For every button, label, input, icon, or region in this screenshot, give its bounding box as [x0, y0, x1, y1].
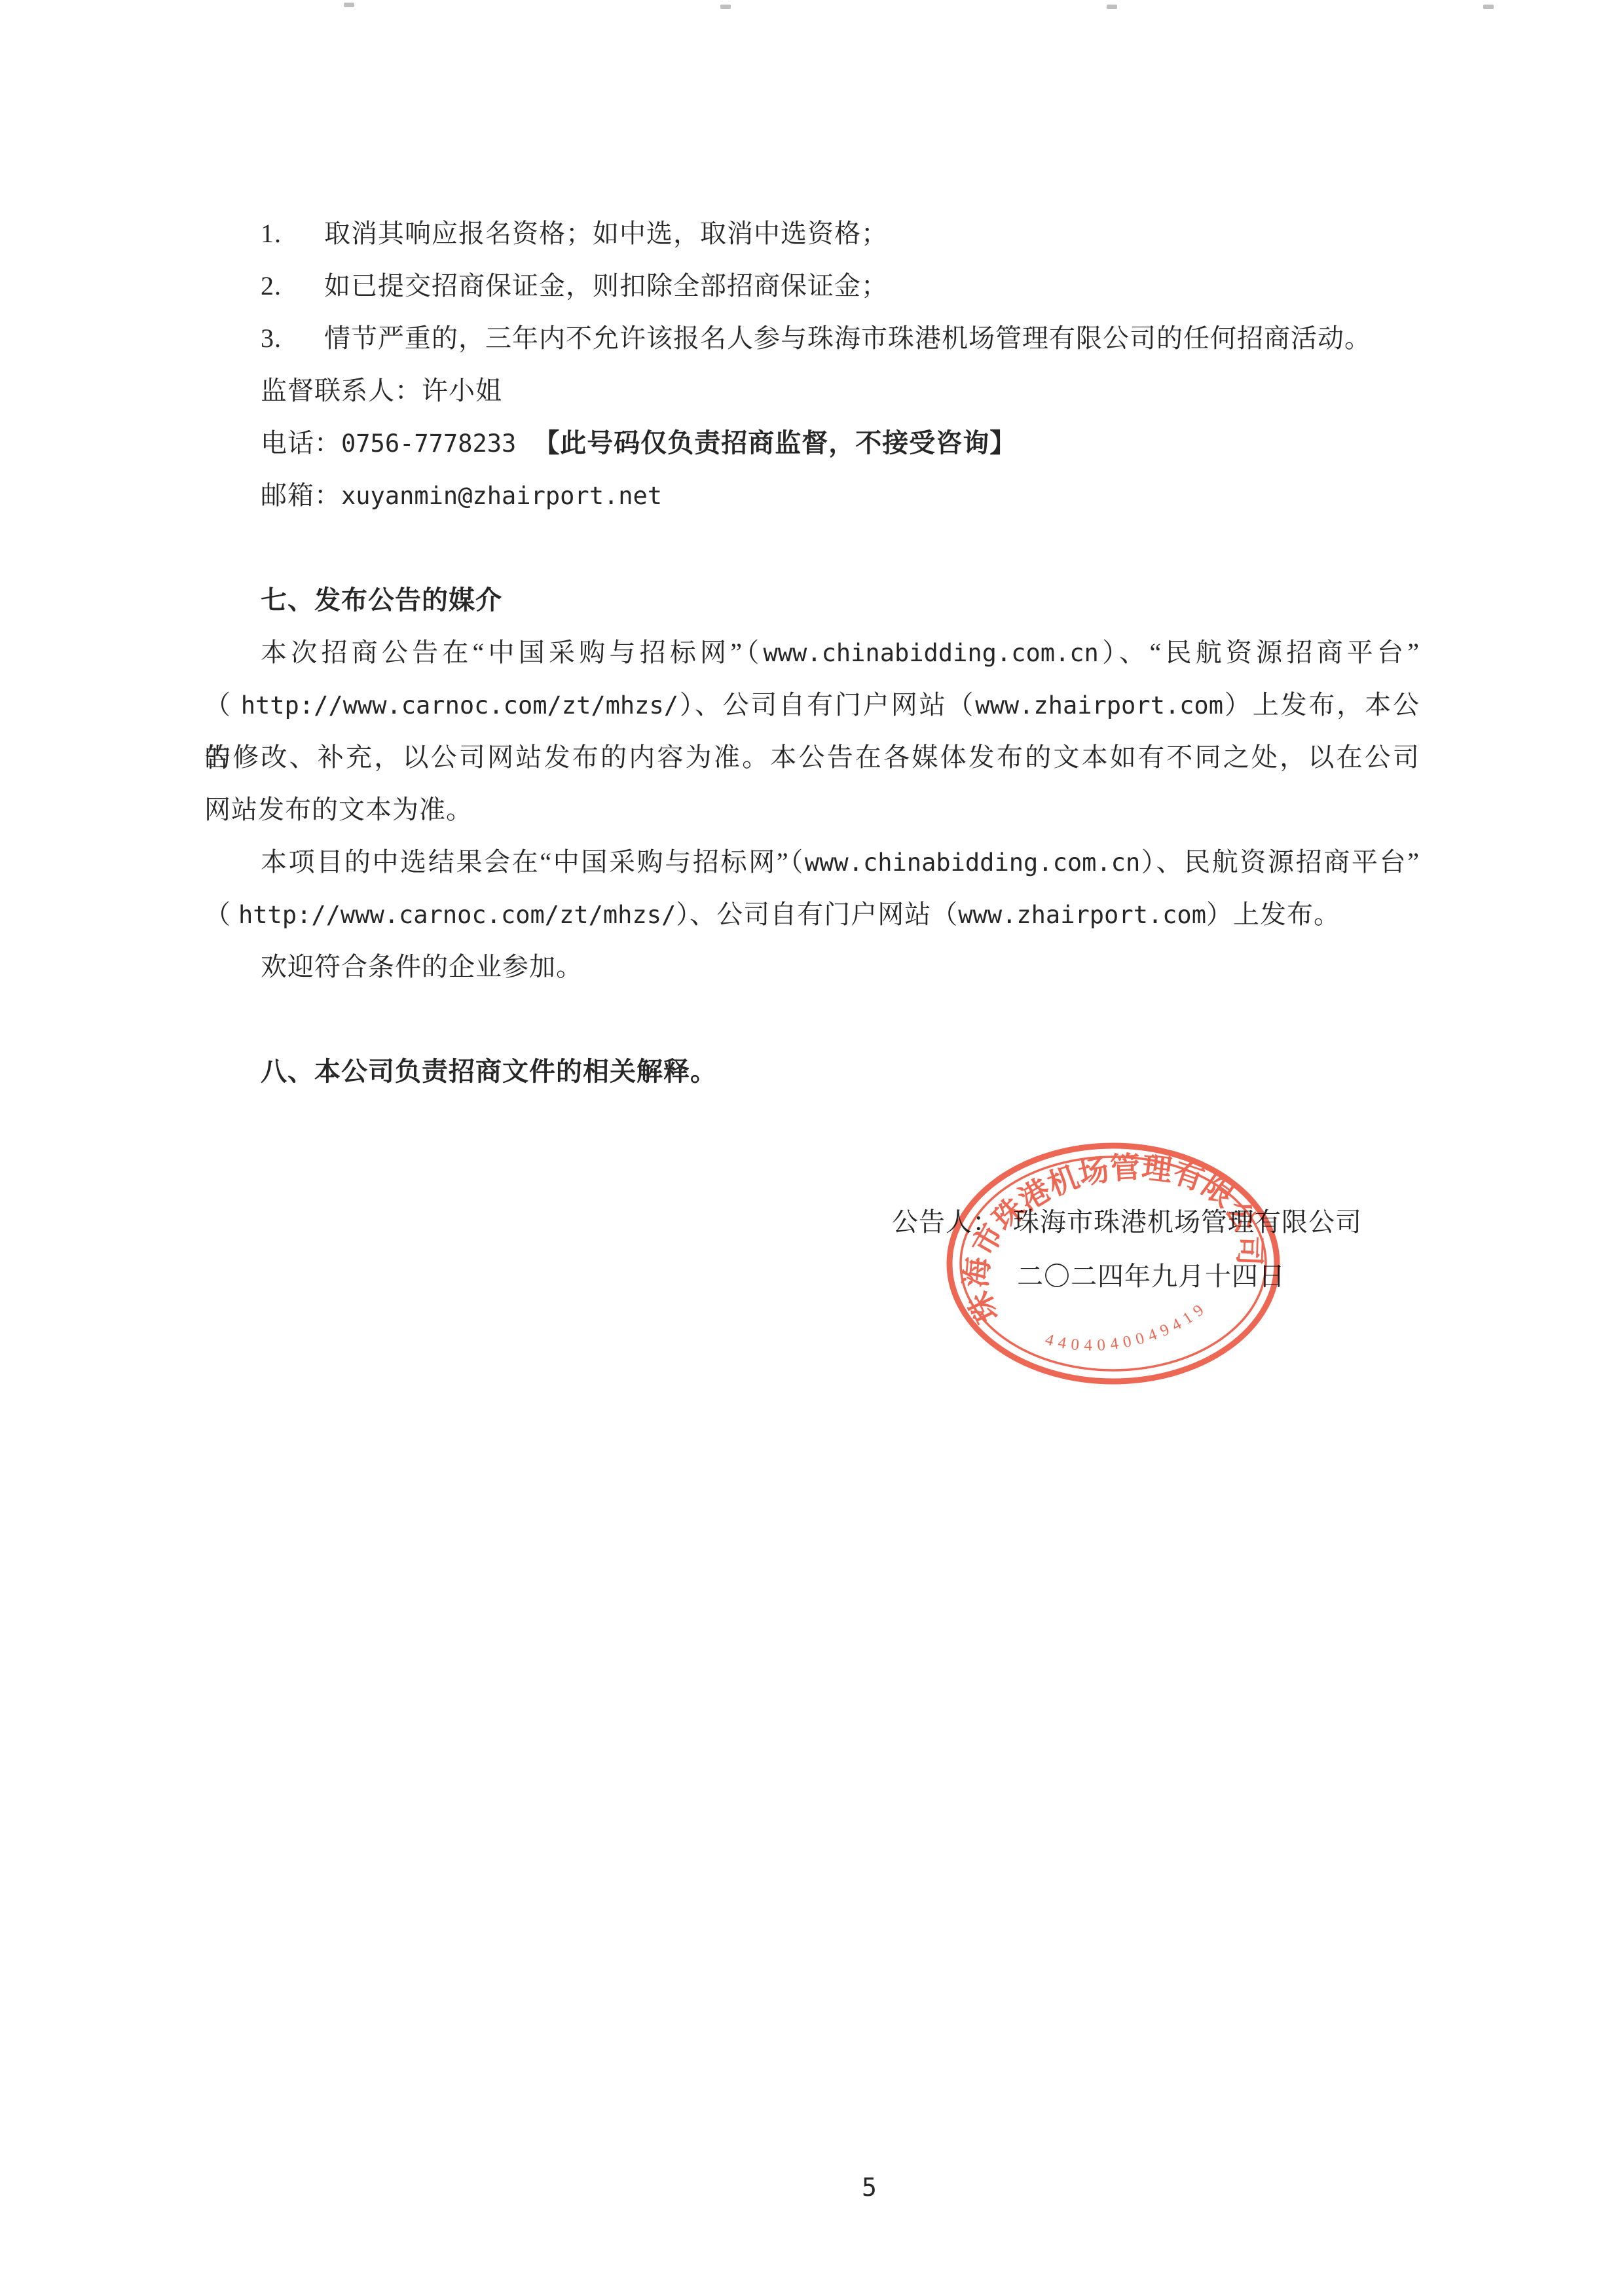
url-carnoc: http://www.carnoc.com/zt/mhzs/	[238, 901, 676, 929]
text-segment: 本项目的中选结果会在“中国采购与招标网”（	[261, 847, 805, 877]
supervisor-line: 监督联系人：许小姐	[204, 365, 1420, 417]
section7-p2-line2: （ http://www.carnoc.com/zt/mhzs/）、公司自有门户…	[204, 888, 1420, 941]
section7-heading: 七、发布公告的媒介	[204, 574, 1420, 627]
section7-p2-line1: 本项目的中选结果会在“中国采购与招标网”（www.chinabidding.co…	[204, 836, 1420, 888]
list-item-3: 3.情节严重的，三年内不允许该报名人参与珠海市珠港机场管理有限公司的任何招商活动…	[204, 312, 1420, 365]
scan-speck	[720, 5, 731, 9]
scan-speck	[344, 3, 354, 7]
section7-p1-line2: （ http://www.carnoc.com/zt/mhzs/）、公司自有门户…	[204, 679, 1420, 731]
phone-line: 电话：0756-7778233【此号码仅负责招商监督，不接受咨询】	[204, 417, 1420, 469]
url-chinabidding: www.chinabidding.com.cn	[763, 639, 1098, 667]
list-item-text: 情节严重的，三年内不允许该报名人参与珠海市珠港机场管理有限公司的任何招商活动。	[324, 323, 1371, 353]
email-line: 邮箱：xuyanmin@zhairport.net	[204, 469, 1420, 522]
list-item-number: 3.	[261, 312, 324, 365]
text-segment: ）、公司自有门户网站（	[676, 900, 958, 929]
phone-number: 0756-7778233	[341, 429, 516, 458]
scan-speck	[1107, 5, 1117, 9]
document-page: 1.取消其响应报名资格；如中选，取消中选资格； 2.如已提交招商保证金，则扣除全…	[0, 0, 1624, 2296]
document-body: 1.取消其响应报名资格；如中选，取消中选资格； 2.如已提交招商保证金，则扣除全…	[204, 208, 1420, 1098]
page-number: 5	[862, 2175, 877, 2200]
text-segment: ）、“民航资源招商平台”	[1099, 638, 1420, 667]
email-label: 邮箱：	[261, 481, 341, 510]
text-segment: ）、民航资源招商平台”	[1140, 847, 1420, 877]
section7-p1-line1: 本次招商公告在“中国采购与招标网”（www.chinabidding.com.c…	[204, 627, 1420, 679]
list-item-text: 如已提交招商保证金，则扣除全部招商保证金；	[324, 271, 888, 301]
phone-label: 电话：	[261, 428, 341, 458]
section7-p1-line3: 的修改、补充，以公司网站发布的内容为准。本公告在各媒体发布的文本如有不同之处，以…	[204, 731, 1420, 784]
list-item-number: 1.	[261, 208, 324, 260]
scan-speck	[1483, 5, 1494, 9]
welcome-line: 欢迎符合条件的企业参加。	[204, 941, 1420, 993]
section7-p1-line4: 网站发布的文本为准。	[204, 784, 1420, 836]
email-address: xuyanmin@zhairport.net	[341, 482, 662, 510]
text-segment: 本次招商公告在“中国采购与招标网”（	[261, 638, 763, 667]
list-item-1: 1.取消其响应报名资格；如中选，取消中选资格；	[204, 208, 1420, 260]
announcer-line: 公告人： 珠海市珠港机场管理有限公司	[892, 1196, 1362, 1248]
url-chinabidding: www.chinabidding.com.cn	[805, 848, 1140, 877]
seal-registration-number: 4404040049419	[1040, 1296, 1215, 1368]
list-item-2: 2.如已提交招商保证金，则扣除全部招商保证金；	[204, 260, 1420, 312]
url-zhairport: www.zhairport.com	[958, 901, 1206, 929]
text-segment: （	[204, 900, 238, 929]
list-item-text: 取消其响应报名资格；如中选，取消中选资格；	[324, 219, 888, 248]
phone-note: 【此号码仅负责招商监督，不接受咨询】	[533, 428, 1016, 458]
url-carnoc: http://www.carnoc.com/zt/mhzs/	[241, 691, 678, 720]
text-segment: （	[204, 690, 241, 720]
spacer	[204, 522, 1420, 574]
text-segment: ）上发布。	[1206, 900, 1340, 929]
signature-date: 二〇二四年九月十四日	[1017, 1250, 1285, 1303]
section8-heading: 八、本公司负责招商文件的相关解释。	[204, 1046, 1420, 1098]
url-zhairport: www.zhairport.com	[975, 691, 1223, 720]
list-item-number: 2.	[261, 260, 324, 312]
spacer	[204, 993, 1420, 1046]
text-segment: ）、公司自有门户网站（	[678, 690, 975, 720]
